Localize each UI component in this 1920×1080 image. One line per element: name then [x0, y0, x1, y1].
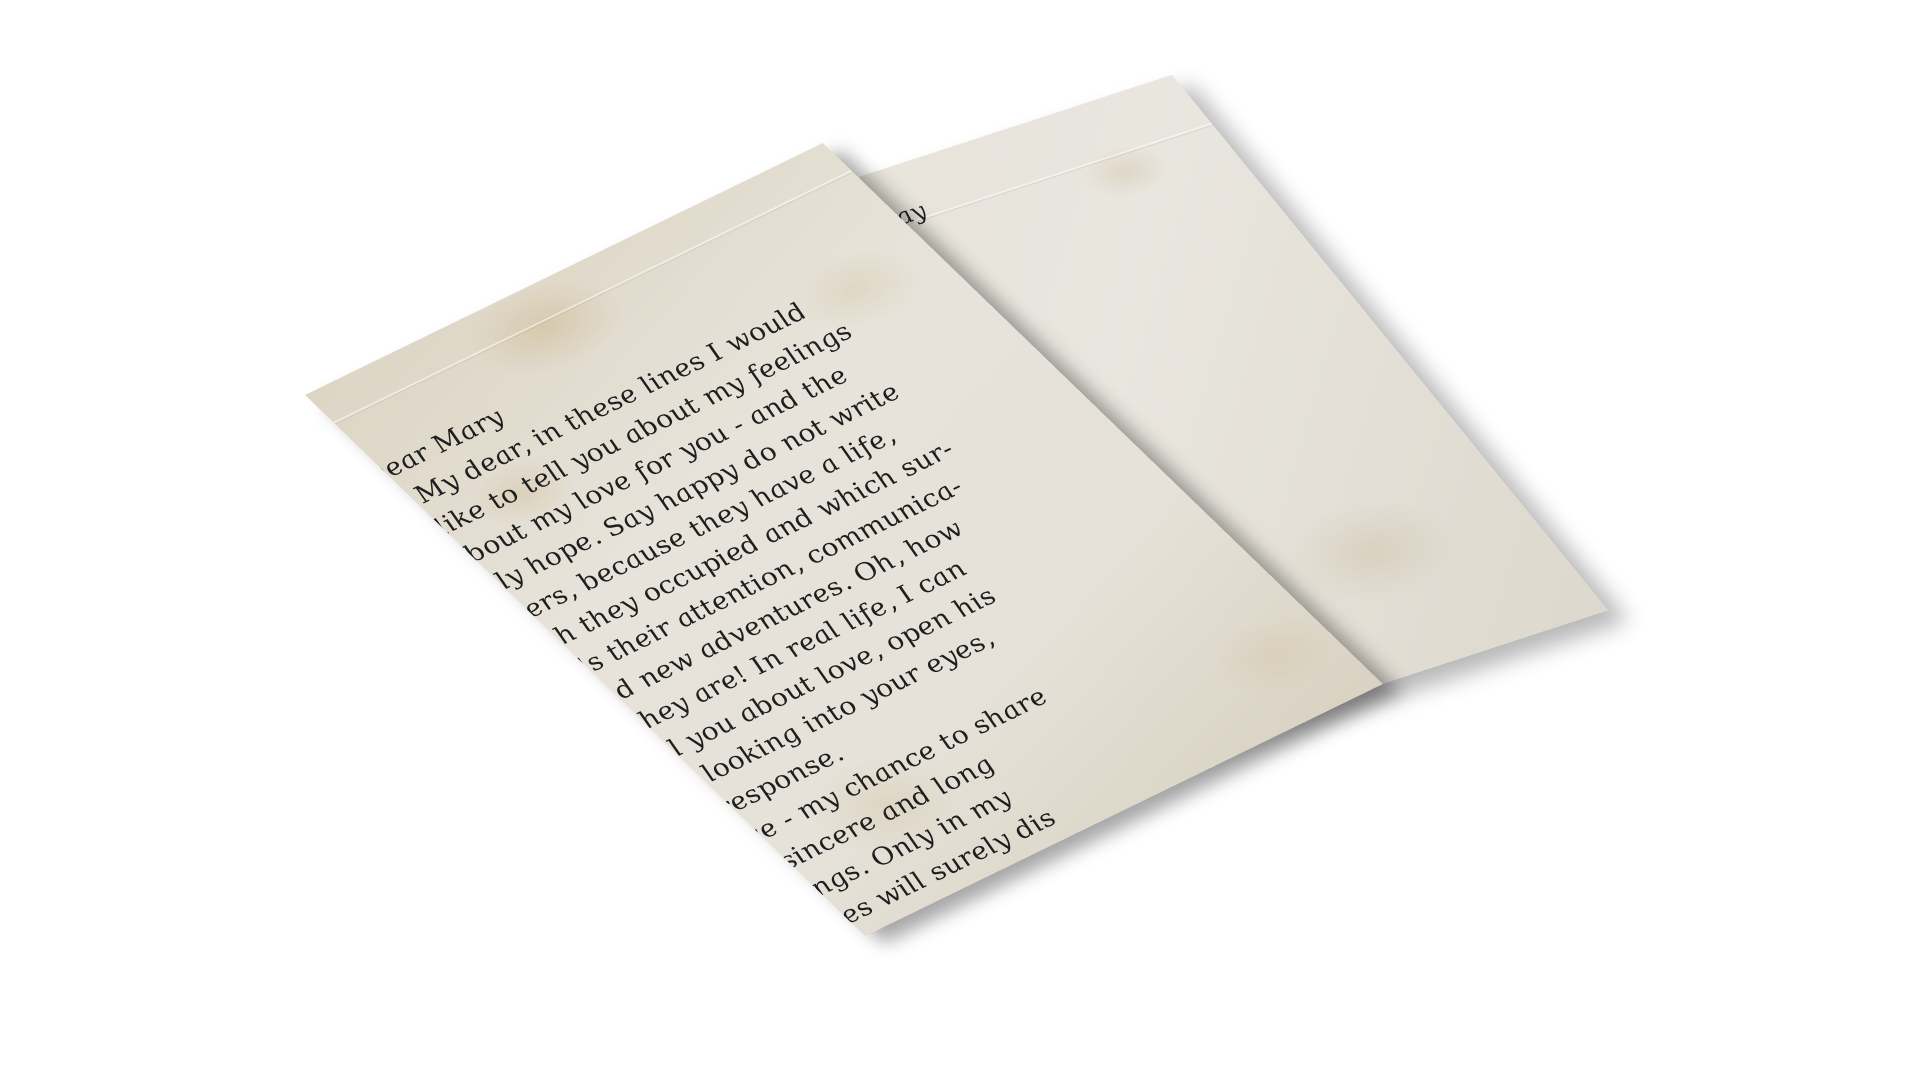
letters-scene: bright, sweeping away in its path . I th…	[0, 0, 1920, 1080]
